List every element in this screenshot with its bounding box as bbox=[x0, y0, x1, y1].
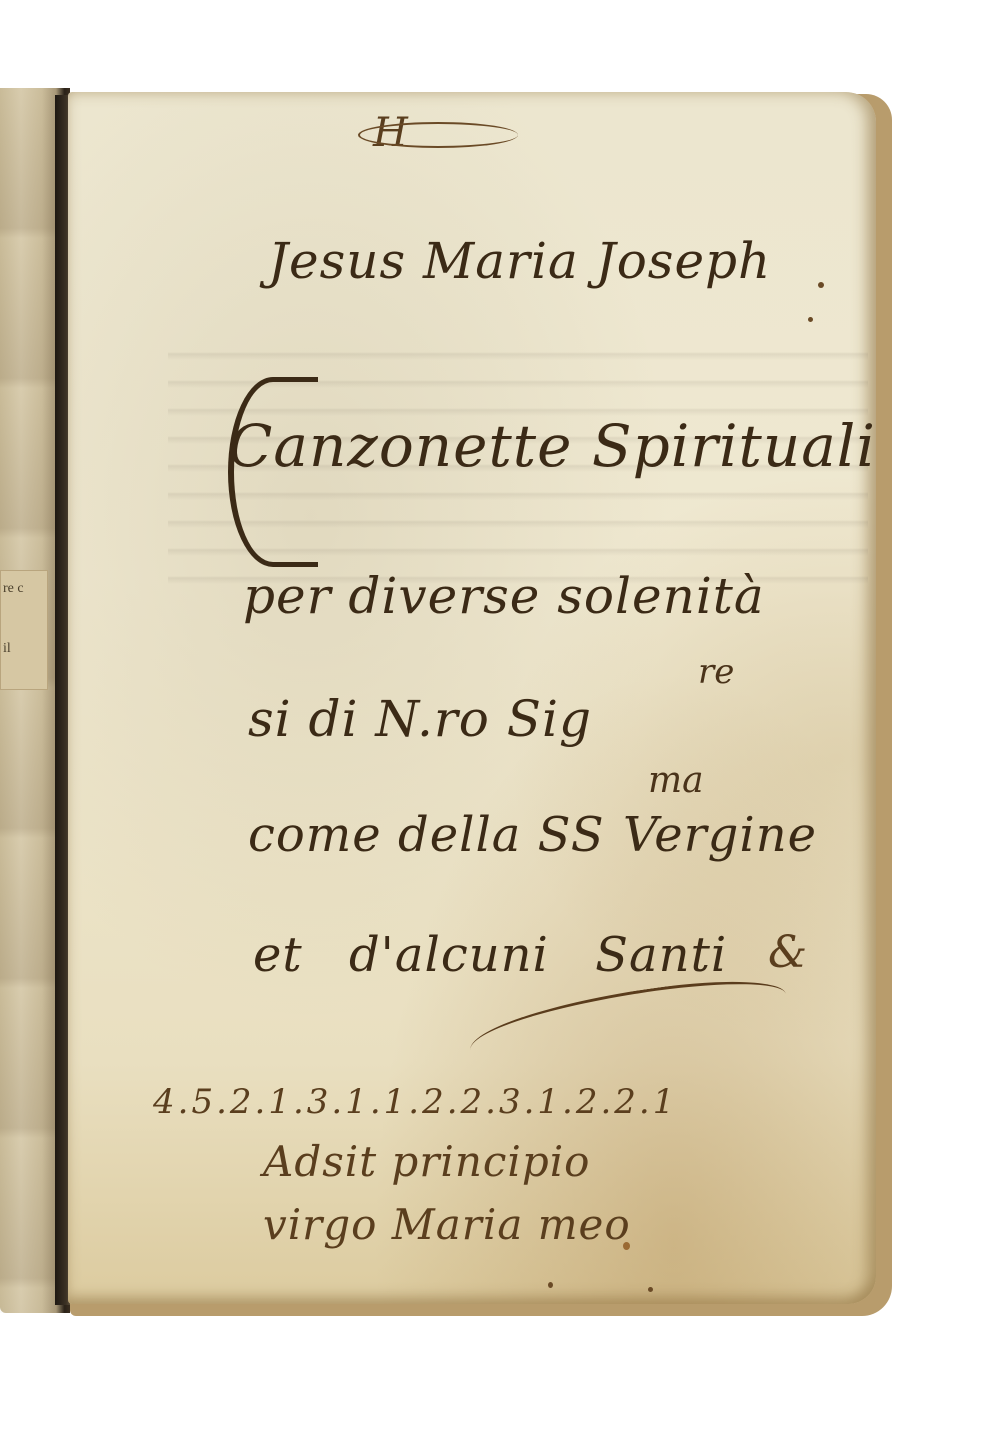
ink-spot bbox=[548, 1282, 553, 1288]
title-line-5-mark: & bbox=[768, 927, 808, 978]
spine-label-line1: re c bbox=[3, 581, 24, 597]
underline-flourish bbox=[465, 970, 790, 1074]
motto-line-1: Adsit principio bbox=[263, 1137, 590, 1186]
invocation-line: Jesus Maria Joseph bbox=[268, 232, 771, 290]
title-line-4-end: Vergine bbox=[623, 807, 817, 863]
spine-label-line2: il bbox=[3, 641, 11, 657]
title-line-4: come della SS bbox=[248, 807, 605, 863]
ink-spot bbox=[818, 282, 824, 288]
header-flourish bbox=[358, 122, 518, 148]
number-sequence: 4.5.2.1.3.1.1.2.2.3.1.2.2.1 bbox=[153, 1082, 677, 1122]
capital-c-flourish bbox=[228, 377, 318, 567]
ink-spot bbox=[808, 317, 813, 322]
motto-line-2: virgo Maria meo bbox=[263, 1200, 631, 1249]
manuscript-page: H Jesus Maria Joseph Canzonette Spiritua… bbox=[68, 92, 876, 1304]
ink-spot bbox=[648, 1287, 653, 1292]
spine-paper-label: re c il bbox=[0, 570, 48, 690]
title-line-3: si di N.ro Sig bbox=[248, 690, 592, 748]
title-line-5: et d'alcuni Santi bbox=[253, 927, 727, 983]
title-line-1: Canzonette Spirituali bbox=[228, 412, 876, 480]
title-line-2: per diverse solenità bbox=[243, 567, 765, 625]
ink-spot bbox=[623, 1242, 630, 1250]
title-line-4-superscript: ma bbox=[648, 760, 704, 801]
title-line-3-superscript: re bbox=[698, 652, 734, 692]
